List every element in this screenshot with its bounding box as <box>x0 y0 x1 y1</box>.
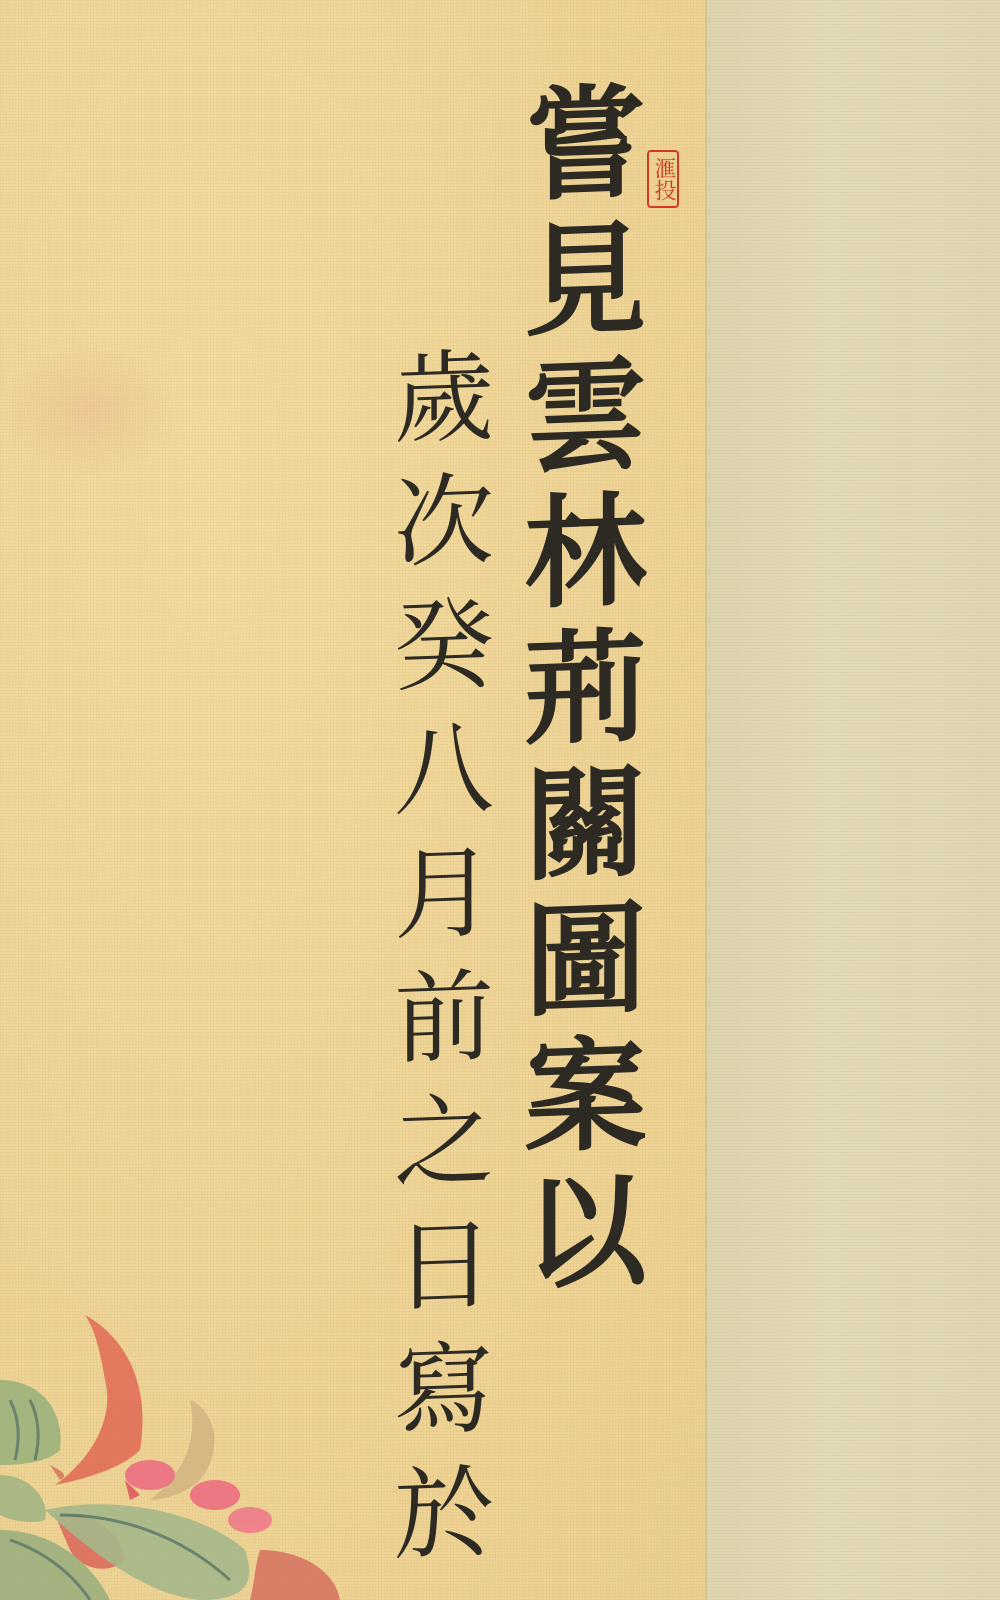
silk-stain <box>0 340 180 480</box>
calligraphy-left-column: 歲次癸八月前之日寫於 <box>385 343 485 1586</box>
red-seal: 滙投 <box>647 150 679 208</box>
flowering-plant-painting <box>0 1300 340 1600</box>
scroll-mounting-border <box>705 0 1000 1600</box>
calligraphy-right-column: 嘗見雲林荊關圖案以 <box>515 78 637 1306</box>
